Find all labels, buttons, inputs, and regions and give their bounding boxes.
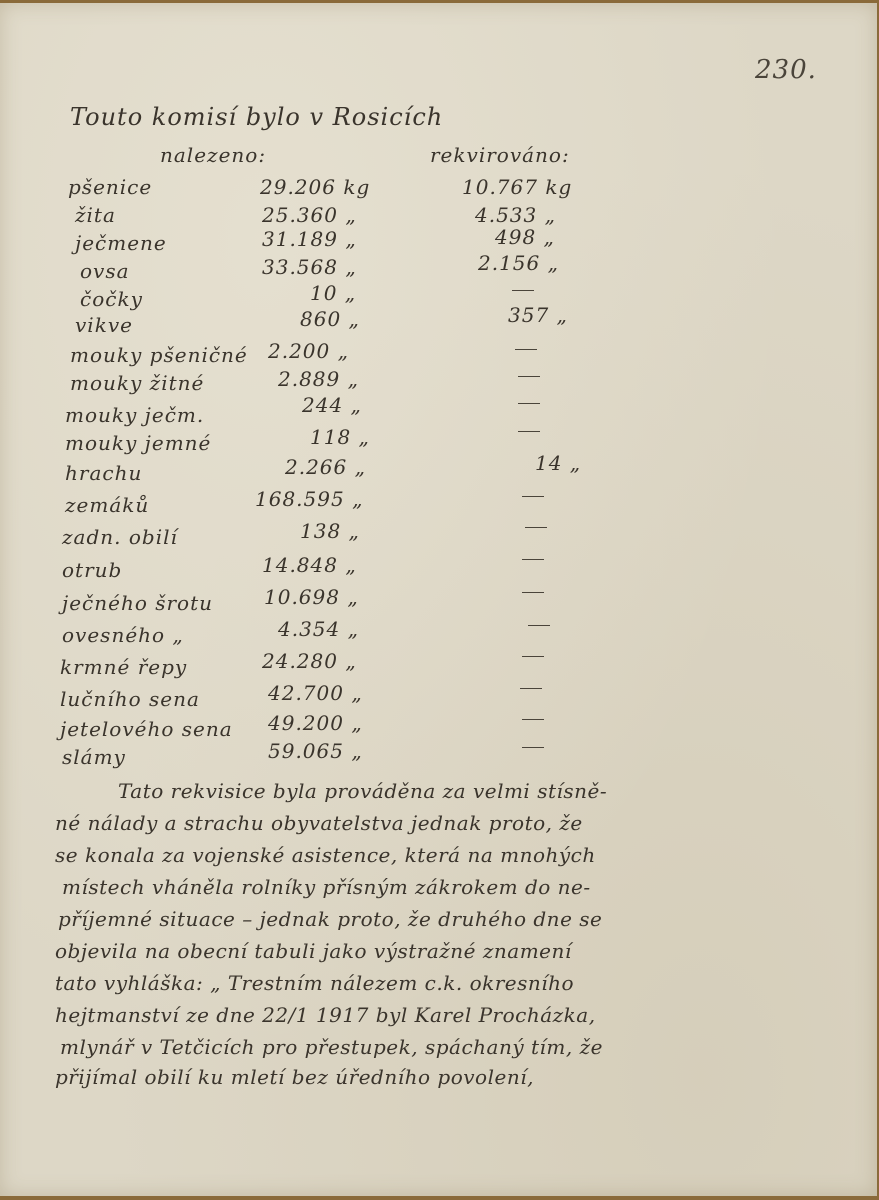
item-name: lučního sena [60, 687, 200, 711]
found-value: 168.595 „ [255, 487, 363, 511]
found-value: 2.889 „ [278, 367, 359, 391]
found-value: 14.848 „ [262, 553, 357, 577]
paragraph-line: Tato rekvisice byla prováděna za velmi s… [118, 779, 607, 803]
empty-dash [522, 592, 544, 593]
requisitioned-value: 2.156 „ [478, 251, 559, 275]
found-value: 118 „ [310, 425, 370, 449]
item-name: ovesného „ [62, 623, 184, 647]
requisitioned-value: 498 „ [495, 225, 555, 249]
found-value: 2.200 „ [268, 339, 349, 363]
found-value: 25.360 „ [262, 203, 357, 227]
empty-dash [518, 403, 540, 404]
found-value: 33.568 „ [262, 255, 357, 279]
empty-dash [512, 290, 534, 291]
found-value: 2.266 „ [285, 455, 366, 479]
paragraph-line: se konala za vojenské asistence, která n… [55, 843, 596, 867]
empty-dash [525, 527, 547, 528]
requisitioned-value: 4.533 „ [475, 203, 556, 227]
found-value: 138 „ [300, 519, 360, 543]
item-name: jetelového sena [60, 717, 233, 741]
item-name: pšenice [68, 175, 152, 199]
paragraph-line: přijímal obilí ku mletí bez úředního pov… [55, 1065, 534, 1089]
paragraph-line: příjemné situace – jednak proto, že druh… [58, 907, 602, 931]
column-header-requisitioned: rekvirováno: [430, 143, 570, 167]
item-name: krmné řepy [60, 655, 187, 679]
heading: Touto komisí bylo v Rosicích [70, 103, 443, 131]
item-name: ovsa [80, 259, 130, 283]
empty-dash [522, 559, 544, 560]
manuscript-page: 230. Touto komisí bylo v Rosicích naleze… [0, 3, 877, 1196]
found-value: 860 „ [300, 307, 360, 331]
paragraph-line: né nálady a strachu obyvatelstva jednak … [55, 811, 583, 835]
paragraph-line: místech vháněla rolníky přísným zákrokem… [62, 875, 591, 899]
found-value: 59.065 „ [268, 739, 363, 763]
item-name: mouky ječm. [65, 403, 204, 427]
empty-dash [522, 719, 544, 720]
empty-dash [518, 376, 540, 377]
found-value: 24.280 „ [262, 649, 357, 673]
found-value: 31.189 „ [262, 227, 357, 251]
found-value: 10.698 „ [264, 585, 359, 609]
empty-dash [528, 625, 550, 626]
empty-dash [522, 496, 544, 497]
item-name: ječmene [75, 231, 167, 255]
item-name: mouky žitné [70, 371, 204, 395]
item-name: ječného šrotu [62, 591, 213, 615]
found-value: 49.200 „ [268, 711, 363, 735]
found-value: 10 „ [310, 281, 356, 305]
item-name: zadn. obilí [62, 525, 178, 549]
found-value: 42.700 „ [268, 681, 363, 705]
requisitioned-value: 14 „ [535, 451, 581, 475]
item-name: slámy [62, 745, 126, 769]
item-name: mouky pšeničné [70, 343, 248, 367]
found-value: 244 „ [302, 393, 362, 417]
paragraph-line: tato vyhláška: „ Trestním nálezem c.k. o… [55, 971, 574, 995]
found-value: 4.354 „ [278, 617, 359, 641]
item-name: mouky jemné [65, 431, 211, 455]
paragraph-line: hejtmanství ze dne 22/1 1917 byl Karel P… [55, 1003, 596, 1027]
item-name: zemáků [65, 493, 149, 517]
empty-dash [522, 747, 544, 748]
column-header-found: nalezeno: [160, 143, 266, 167]
requisitioned-value: 357 „ [508, 303, 568, 327]
requisitioned-value: 10.767 kg [462, 175, 572, 199]
paragraph-line: mlynář v Tetčicích pro přestupek, spácha… [60, 1035, 603, 1059]
empty-dash [515, 349, 537, 350]
page-number: 230. [755, 55, 817, 85]
empty-dash [520, 688, 542, 689]
item-name: hrachu [65, 461, 142, 485]
item-name: žita [75, 203, 116, 227]
empty-dash [518, 431, 540, 432]
item-name: vikve [75, 313, 133, 337]
empty-dash [522, 656, 544, 657]
item-name: čočky [80, 287, 143, 311]
item-name: otrub [62, 558, 122, 582]
found-value: 29.206 kg [260, 175, 370, 199]
paragraph-line: objevila na obecní tabuli jako výstražné… [55, 939, 572, 963]
